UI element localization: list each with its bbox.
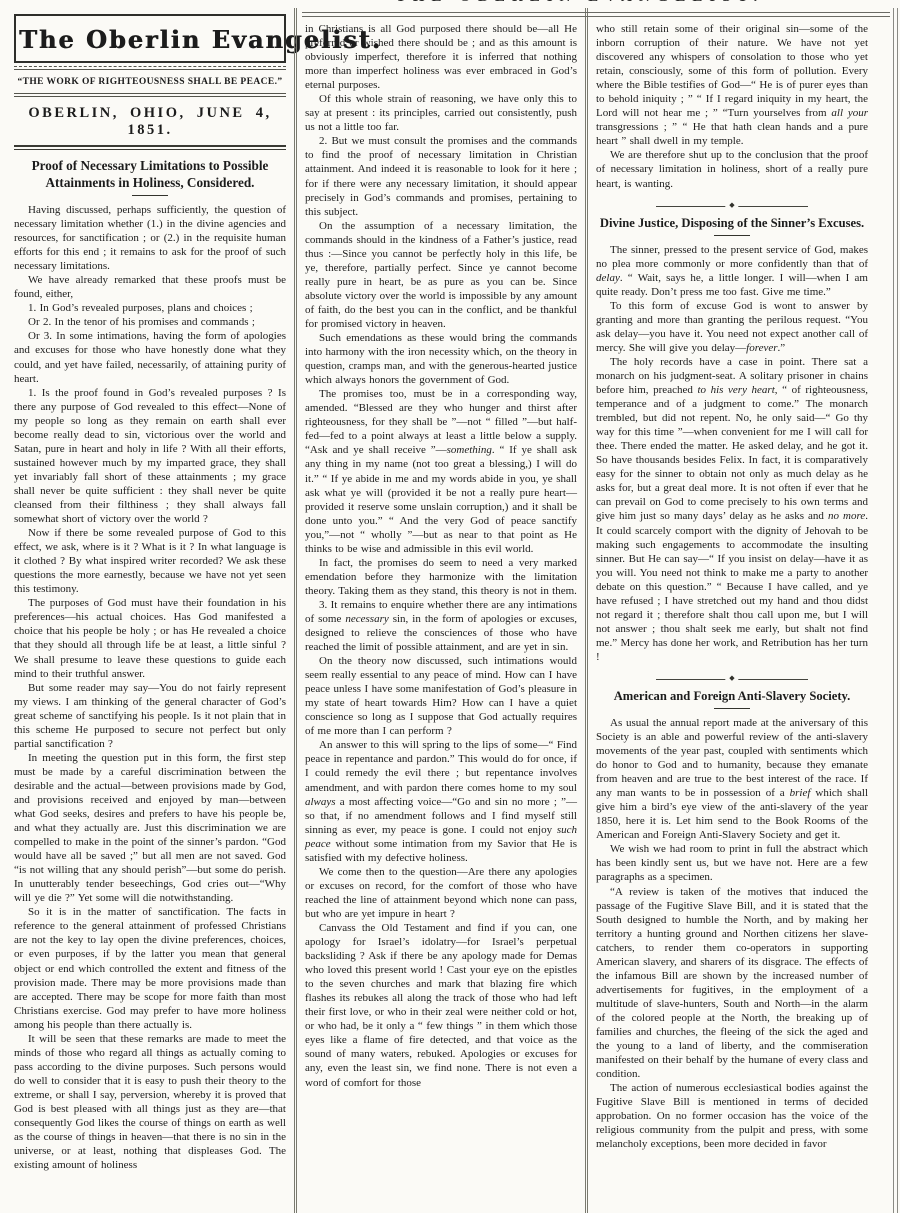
- rule: [14, 66, 286, 70]
- article-1-body-col2: in Christians is all God purposed there …: [305, 22, 577, 1090]
- paragraph: in Christians is all God purposed there …: [305, 22, 577, 92]
- paragraph: Or 2. In the tenor of his promises and c…: [14, 315, 286, 329]
- paragraph: Canvass the Old Testament and find if yo…: [305, 921, 577, 1090]
- paragraph: In fact, the promises do seem to need a …: [305, 556, 577, 598]
- paragraph: Having discussed, perhaps sufficiently, …: [14, 203, 286, 273]
- article-3-body: As usual the annual report made at the a…: [596, 716, 868, 1151]
- paragraph: Or 3. In some intimations, having the fo…: [14, 329, 286, 385]
- article-2-body: The sinner, pressed to the present servi…: [596, 243, 868, 664]
- section-divider: [656, 203, 808, 210]
- paragraph: The holy records have a case in point. T…: [596, 355, 868, 664]
- paragraph: Of this whole strain of reasoning, we ha…: [305, 92, 577, 134]
- running-head-text: THE OBERLIN EVANGELIST.: [290, 0, 870, 6]
- paragraph: In meeting the question put in this form…: [14, 751, 286, 906]
- rule: [14, 145, 286, 150]
- article-1-body-col1: Having discussed, perhaps sufficiently, …: [14, 203, 286, 1172]
- article-1-body-col3: who still retain some of their original …: [596, 22, 868, 191]
- paragraph: On the assumption of a necessary limitat…: [305, 219, 577, 331]
- newspaper-page: THE OBERLIN EVANGELIST. The Oberlin Evan…: [0, 0, 900, 1213]
- heading-rule: [714, 235, 750, 236]
- paragraph: We wish we had room to print in full the…: [596, 842, 868, 884]
- paragraph: 3. It remains to enquire whether there a…: [305, 598, 577, 654]
- columns: The Oberlin Evangelist. “THE WORK OF RIG…: [0, 0, 900, 1213]
- section-divider: [656, 676, 808, 683]
- paragraph: who still retain some of their original …: [596, 22, 868, 148]
- paragraph: It will be seen that these remarks are m…: [14, 1032, 286, 1172]
- column-2: in Christians is all God purposed there …: [297, 0, 585, 1213]
- heading-rule: [132, 195, 168, 196]
- paragraph: Such emendations as these would bring th…: [305, 331, 577, 387]
- paragraph: Now if there be some revealed purpose of…: [14, 526, 286, 596]
- paragraph: The action of numerous ecclesiastical bo…: [596, 1081, 868, 1151]
- nameplate: The Oberlin Evangelist.: [14, 14, 286, 63]
- paragraph: 2. But we must consult the promises and …: [305, 134, 577, 218]
- paragraph: On the theory now discussed, such intima…: [305, 654, 577, 738]
- article-2-title: Divine Justice, Disposing of the Sinner’…: [596, 216, 868, 231]
- dateline: OBERLIN, OHIO, JUNE 4, 1851.: [14, 100, 286, 143]
- motto: “THE WORK OF RIGHTEOUSNESS SHALL BE PEAC…: [14, 73, 286, 90]
- column-1: The Oberlin Evangelist. “THE WORK OF RIG…: [6, 0, 294, 1213]
- paragraph: 1. In God’s revealed purposes, plans and…: [14, 301, 286, 315]
- paragraph: We are therefore shut up to the conclusi…: [596, 148, 868, 190]
- article-1-title: Proof of Necessary Limitations to Possib…: [16, 158, 284, 191]
- running-head: THE OBERLIN EVANGELIST.: [290, 0, 870, 9]
- paragraph: So it is in the matter of sanctification…: [14, 905, 286, 1031]
- paragraph: But some reader may say—You do not fairl…: [14, 681, 286, 751]
- paragraph: “A review is taken of the motives that i…: [596, 885, 868, 1082]
- column-3: who still retain some of their original …: [588, 0, 876, 1213]
- paragraph: 1. Is the proof found in God’s revealed …: [14, 386, 286, 526]
- article-3-title: American and Foreign Anti-Slavery Societ…: [596, 689, 868, 704]
- rule: [14, 93, 286, 97]
- heading-rule: [714, 708, 750, 709]
- paragraph: An answer to this will spring to the lip…: [305, 738, 577, 864]
- paragraph: The purposes of God must have their foun…: [14, 596, 286, 680]
- paragraph: We have already remarked that these proo…: [14, 273, 286, 301]
- paragraph: The sinner, pressed to the present servi…: [596, 243, 868, 299]
- paragraph: We come then to the question—Are there a…: [305, 865, 577, 921]
- paragraph: As usual the annual report made at the a…: [596, 716, 868, 842]
- paragraph: The promises too, must be in a correspon…: [305, 387, 577, 556]
- top-double-rule: [302, 12, 890, 17]
- newspaper-title: The Oberlin Evangelist.: [19, 25, 281, 54]
- paragraph: To this form of excuse God is wont to an…: [596, 299, 868, 355]
